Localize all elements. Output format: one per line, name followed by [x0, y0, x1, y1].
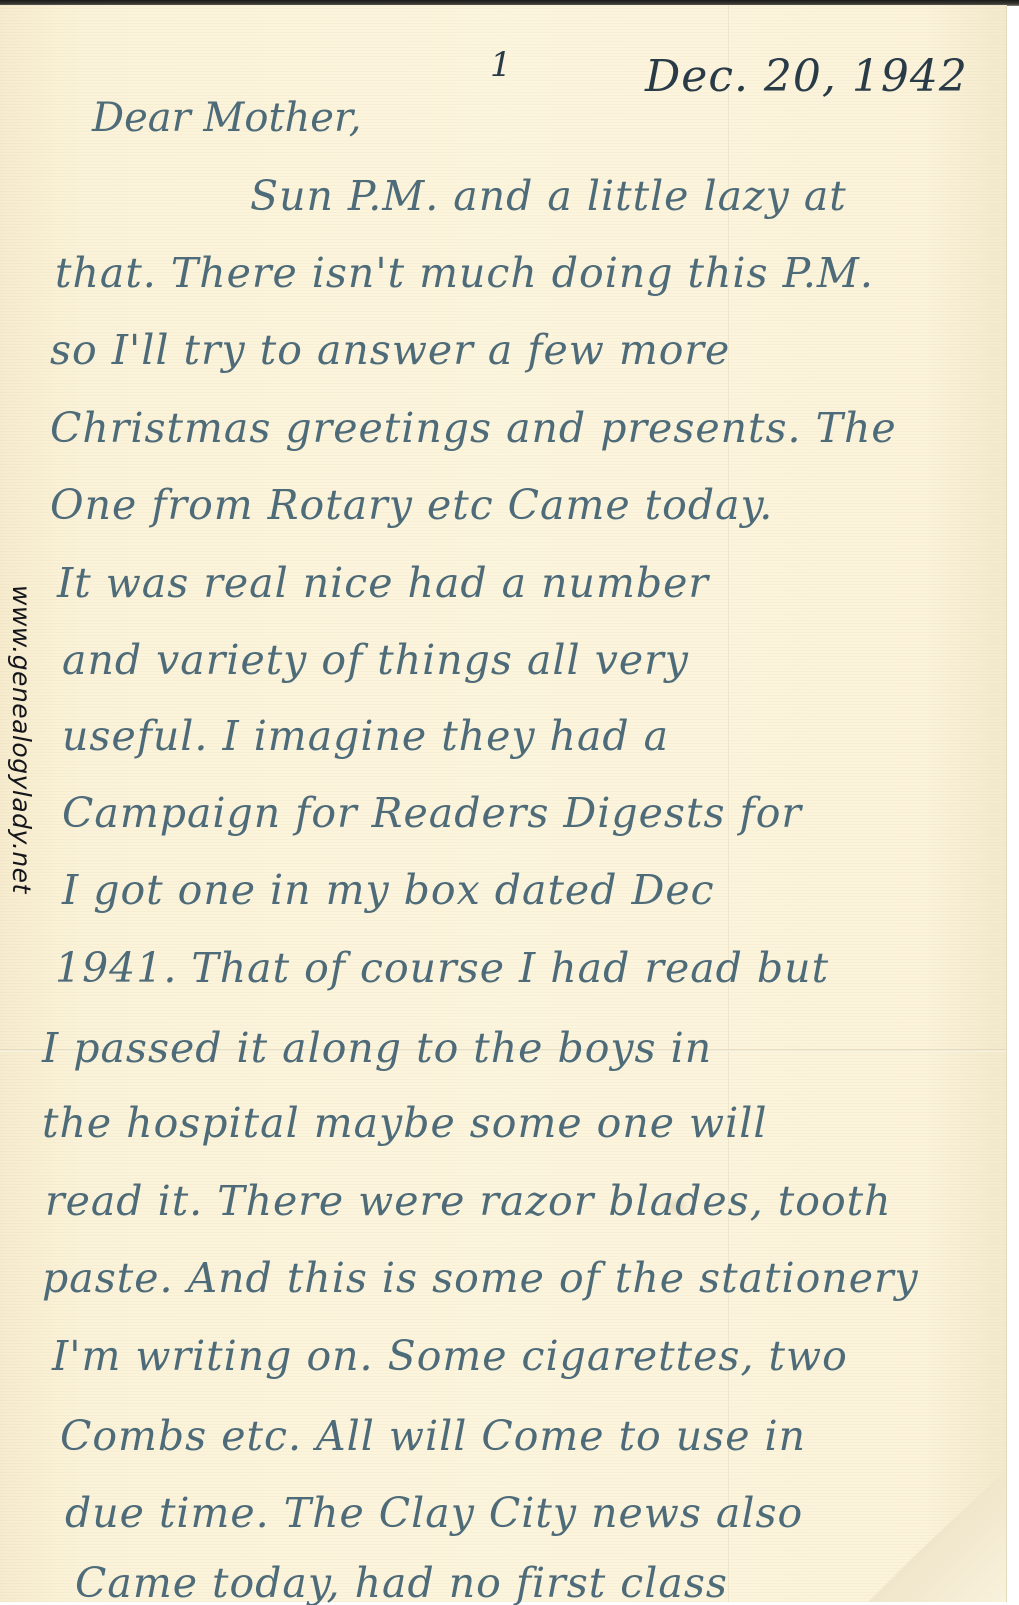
letter-line: Came today, had no first class [75, 1559, 728, 1605]
letter-line: paste. And this is some of the stationer… [42, 1254, 919, 1302]
letter-line: Christmas greetings and presents. The [50, 404, 897, 452]
letter-line: useful. I imagine they had a [62, 712, 669, 760]
letter-line: It was real nice had a number [57, 559, 709, 607]
letter-line: Campaign for Readers Digests for [62, 789, 802, 837]
letter-line: I'm writing on. Some cigarettes, two [52, 1332, 848, 1380]
letter-line: Sun P.M. and a little lazy at [250, 172, 847, 220]
letter-line: One from Rotary etc Came today. [50, 481, 773, 529]
letter-line: Combs etc. All will Come to use in [60, 1412, 806, 1460]
letter-line: 1941. That of course I had read but [55, 944, 829, 992]
letter-line: the hospital maybe some one will [42, 1099, 767, 1147]
letter-line: read it. There were razor blades, tooth [45, 1177, 892, 1225]
letter-line: I got one in my box dated Dec [62, 866, 715, 914]
letter-line: so I'll try to answer a few more [50, 326, 730, 374]
letter-line: and variety of things all very [62, 636, 689, 684]
letter-line: I passed it along to the boys in [42, 1024, 712, 1072]
letter-line: due time. The Clay City news also [65, 1489, 803, 1537]
letter-line: that. There isn't much doing this P.M. [55, 249, 874, 297]
letter-body: Sun P.M. and a little lazy atthat. There… [0, 0, 1006, 1600]
